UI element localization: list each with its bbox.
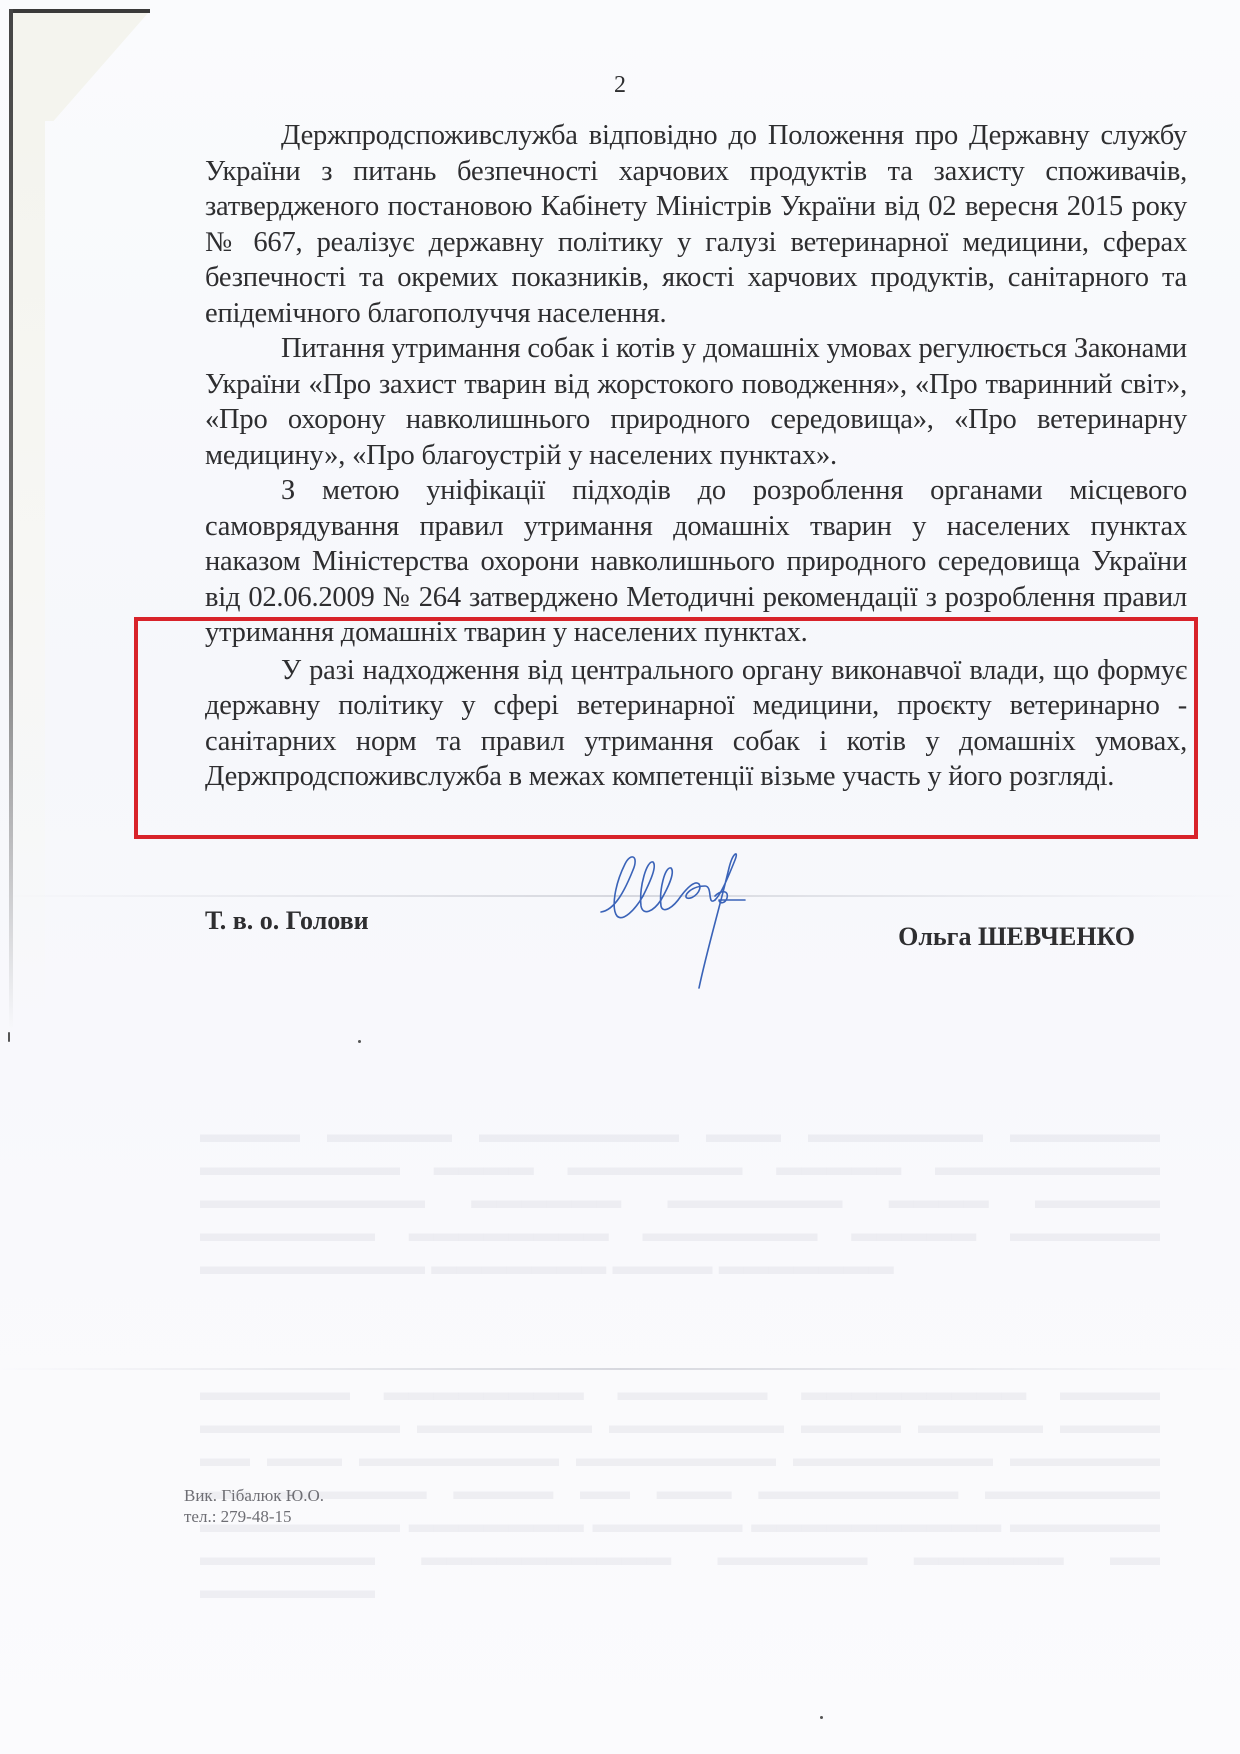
paragraph-highlighted-participation: У разі надходження від центрального орга… (205, 653, 1187, 795)
page-number: 2 (0, 72, 1240, 99)
scan-speck (358, 1040, 361, 1043)
bleed-through-text: ▬▬▬▬▬▬ ▬▬▬▬▬▬▬▬ ▬▬▬▬▬▬ ▬▬▬▬▬▬▬▬▬ ▬▬▬▬ ▬▬… (200, 1376, 1160, 1607)
scan-speck (820, 1716, 823, 1719)
signatory-title: Т. в. о. Голови (205, 906, 369, 936)
scan-speck (8, 1032, 10, 1042)
paper-crease (0, 1368, 1240, 1370)
folded-corner (13, 13, 148, 121)
scanned-document-page: ▬▬▬▬ ▬▬▬▬▬ ▬▬▬▬▬▬▬▬ ▬▬▬ ▬▬▬▬▬▬▬ ▬▬▬▬▬▬ ▬… (0, 0, 1240, 1754)
executor-name: Вик. Гібалюк Ю.О. (184, 1485, 324, 1506)
executor-phone: тел.: 279-48-15 (184, 1506, 324, 1527)
scan-edge-top (10, 9, 150, 13)
letter-body: Держпродспоживслужба відповідно до Полож… (205, 118, 1187, 795)
handwritten-signature-icon (595, 850, 815, 1010)
executor-info: Вик. Гібалюк Ю.О. тел.: 279-48-15 (184, 1485, 324, 1527)
folded-edge-strip (13, 110, 45, 1010)
paragraph-methodical-recommendations: З метою уніфікації підходів до розроблен… (205, 473, 1187, 651)
paragraph-mandate: Держпродспоживслужба відповідно до Полож… (205, 118, 1187, 331)
paragraph-laws: Питання утримання собак і котів у домашн… (205, 331, 1187, 473)
bleed-through-text: ▬▬▬▬ ▬▬▬▬▬ ▬▬▬▬▬▬▬▬ ▬▬▬ ▬▬▬▬▬▬▬ ▬▬▬▬▬▬ ▬… (200, 1118, 1160, 1283)
signatory-name: Ольга ШЕВЧЕНКО (898, 922, 1135, 952)
